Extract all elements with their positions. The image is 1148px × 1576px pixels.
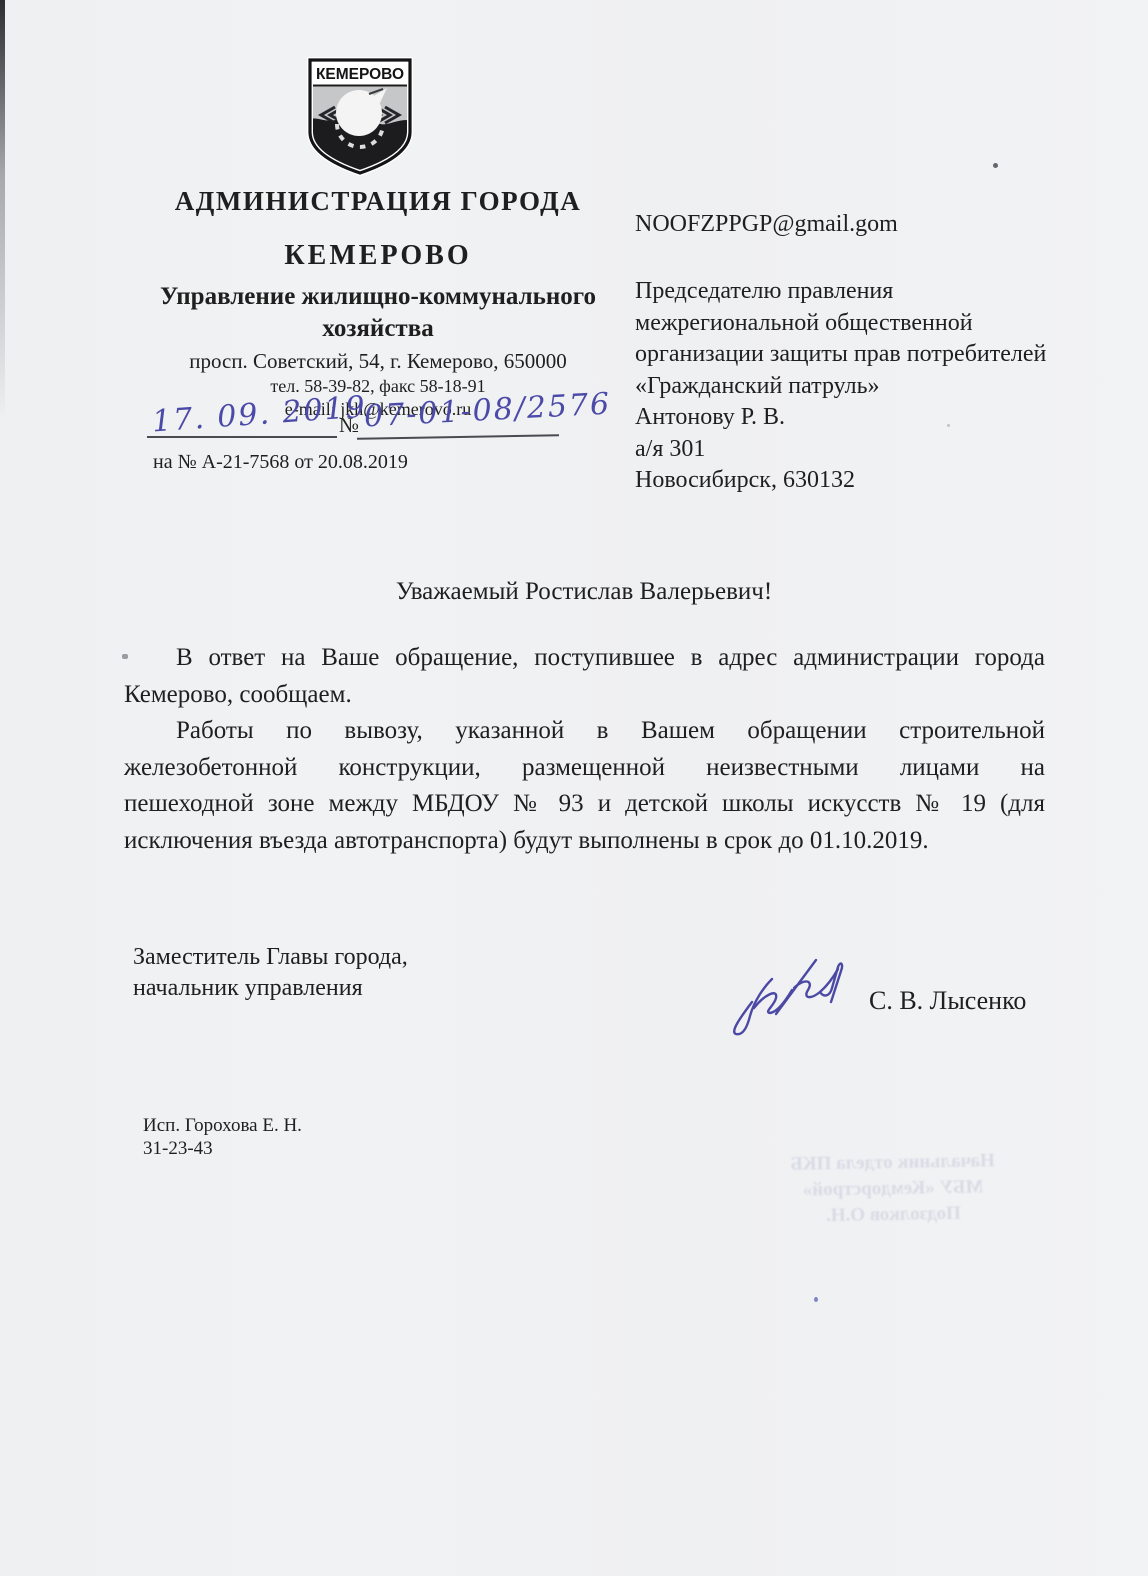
scan-edge-shadow — [0, 0, 5, 700]
body-line: Работы по вывозу, указанной в Вашем обра… — [124, 713, 1045, 750]
scan-speck — [122, 654, 128, 659]
org-name-line2: КЕМЕРОВО — [118, 240, 638, 272]
scan-speck — [814, 1297, 818, 1302]
emblem-city-name: КЕМЕРОВО — [316, 66, 404, 83]
department-line1: Управление жилищно-коммунального — [118, 281, 638, 313]
signer-post-line2: начальник управления — [133, 973, 408, 1004]
recipient-line: Антонову Р. В. — [635, 402, 1046, 434]
scan-speck — [947, 424, 950, 427]
department-line2: хозяйства — [118, 313, 638, 345]
signer-post-line1: Заместитель Главы города, — [133, 942, 408, 973]
letterhead: АДМИНИСТРАЦИЯ ГОРОДА КЕМЕРОВО Управление… — [118, 186, 638, 420]
handwritten-signature-icon — [718, 938, 873, 1043]
scanned-letter-page: КЕМЕРОВО АДМИНИСТРАЦИЯ ГОРОДА КЕМЕРОВО У… — [0, 0, 1148, 1576]
body-line: В ответ на Ваше обращение, поступившее в… — [124, 640, 1045, 677]
scan-speck — [993, 163, 998, 168]
executor-name: Исп. Горохова Е. Н. — [143, 1114, 302, 1137]
date-blank-line — [147, 436, 337, 438]
recipient-line: Председателю правления — [635, 276, 1046, 308]
ghost-line: Подзолков О.Н. — [750, 1200, 1036, 1231]
recipient-email: NOOFZPPGP@gmail.gom — [635, 211, 898, 238]
recipient-line: «Гражданский патруль» — [635, 371, 1046, 403]
recipient-block: Председателю правления межрегиональной о… — [635, 276, 1046, 497]
bleed-through-stamp: Начальник отдела ПКБ МБУ «Кемдорстрой» П… — [749, 1148, 1036, 1231]
number-sign: № — [339, 413, 359, 438]
recipient-line: а/я 301 — [635, 434, 1046, 466]
executor-block: Исп. Горохова Е. Н. 31-23-43 — [143, 1114, 302, 1160]
salutation: Уважаемый Ростислав Валерьевич! — [124, 578, 1044, 606]
org-name-line1: АДМИНИСТРАЦИЯ ГОРОДА — [118, 186, 638, 217]
body-line: железобетонной конструкции, размещенной … — [124, 750, 1045, 787]
signer-post: Заместитель Главы города, начальник упра… — [133, 942, 408, 1004]
recipient-line: организации защиты прав потребителей — [635, 339, 1046, 371]
executor-phone: 31-23-43 — [143, 1137, 302, 1160]
body-line: пешеходной зоне между МБДОУ № 93 и детск… — [124, 786, 1045, 823]
recipient-line: Новосибирск, 630132 — [635, 465, 1046, 497]
recipient-line: межрегиональной общественной — [635, 308, 1046, 340]
number-blank-line — [357, 434, 559, 440]
signer-name: С. В. Лысенко — [869, 986, 1026, 1016]
sender-address: просп. Советский, 54, г. Кемерово, 65000… — [118, 349, 638, 374]
letter-body: В ответ на Ваше обращение, поступившее в… — [124, 640, 1045, 860]
body-line: исключения въезда автотранспорта) будут … — [124, 823, 1045, 860]
ghost-line: Начальник отдела ПКБ — [749, 1148, 1035, 1179]
incoming-reference: на № А-21-7568 от 20.08.2019 — [153, 451, 408, 474]
kemerovo-coat-of-arms-icon: КЕМЕРОВО — [303, 56, 417, 178]
